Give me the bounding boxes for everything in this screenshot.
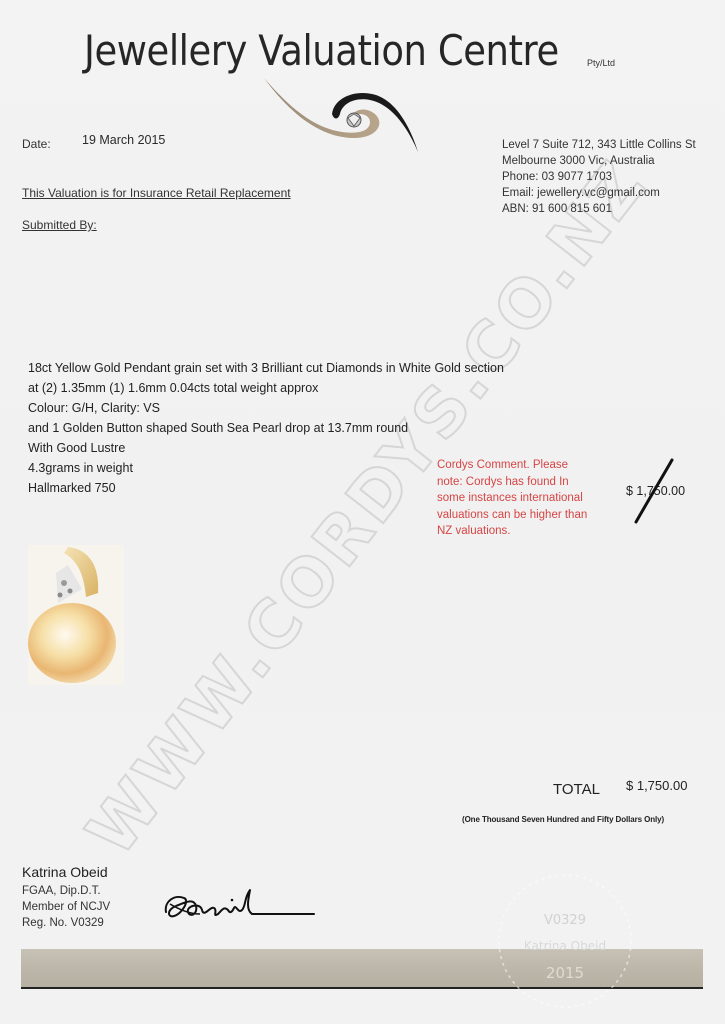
handwritten-signature-icon [160,884,320,926]
cordys-comment: Cordys Comment. Please note: Cordys has … [437,457,587,540]
credential-line: Reg. No. V0329 [22,915,110,931]
submitted-by-label: Submitted By: [22,218,97,232]
description-line: and 1 Golden Button shaped South Sea Pea… [28,418,504,438]
total-value: $ 1,750.00 [626,778,687,793]
comment-line: some instances international [437,490,587,507]
abn-line: ABN: 91 600 815 601 [502,201,696,217]
pearl-pendant-photo-icon [28,545,124,685]
item-description: 18ct Yellow Gold Pendant grain set with … [28,358,504,498]
credential-line: FGAA, Dip.D.T. [22,883,110,899]
total-label: TOTAL [553,781,600,798]
company-address: Level 7 Suite 712, 343 Little Collins St… [502,137,696,217]
comment-line: note: Cordys has found In [437,474,587,491]
svg-text:Katrina Obeid: Katrina Obeid [524,939,606,953]
description-line: Hallmarked 750 [28,478,504,498]
valuation-document: WWW.CORDYS.CO.NZ Jewellery Valuation Cen… [0,0,725,1024]
svg-text:2015: 2015 [546,964,584,982]
address-line: Melbourne 3000 Vic, Australia [502,153,696,169]
description-line: 4.3grams in weight [28,458,504,478]
phone-line: Phone: 03 9077 1703 [502,169,696,185]
valuation-purpose: This Valuation is for Insurance Retail R… [22,186,291,200]
comment-line: valuations can be higher than [437,507,587,524]
address-line: Level 7 Suite 712, 343 Little Collins St [502,137,696,153]
comment-line: NZ valuations. [437,523,587,540]
date-label: Date: [22,137,51,151]
embossed-seal-icon: V0329 Katrina Obeid 2015 [490,866,640,1016]
credential-line: Member of NCJV [22,899,110,915]
signer-credentials: FGAA, Dip.D.T. Member of NCJV Reg. No. V… [22,883,110,931]
svg-text:V0329: V0329 [544,913,586,928]
email-line: Email: jewellery.vc@gmail.com [502,185,696,201]
strike-through-mark-icon [628,456,678,526]
signer-name: Katrina Obeid [22,864,108,880]
company-suffix: Pty/Ltd [587,58,615,68]
swirl-diamond-logo-icon [262,76,422,156]
description-line: 18ct Yellow Gold Pendant grain set with … [28,358,504,378]
total-in-words: (One Thousand Seven Hundred and Fifty Do… [462,815,664,824]
description-line: With Good Lustre [28,438,504,458]
comment-line: Cordys Comment. Please [437,457,587,474]
description-line: at (2) 1.35mm (1) 1.6mm 0.04cts total we… [28,378,504,398]
date-value: 19 March 2015 [82,133,165,147]
description-line: Colour: G/H, Clarity: VS [28,398,504,418]
company-name: Jewellery Valuation Centre [84,26,559,75]
